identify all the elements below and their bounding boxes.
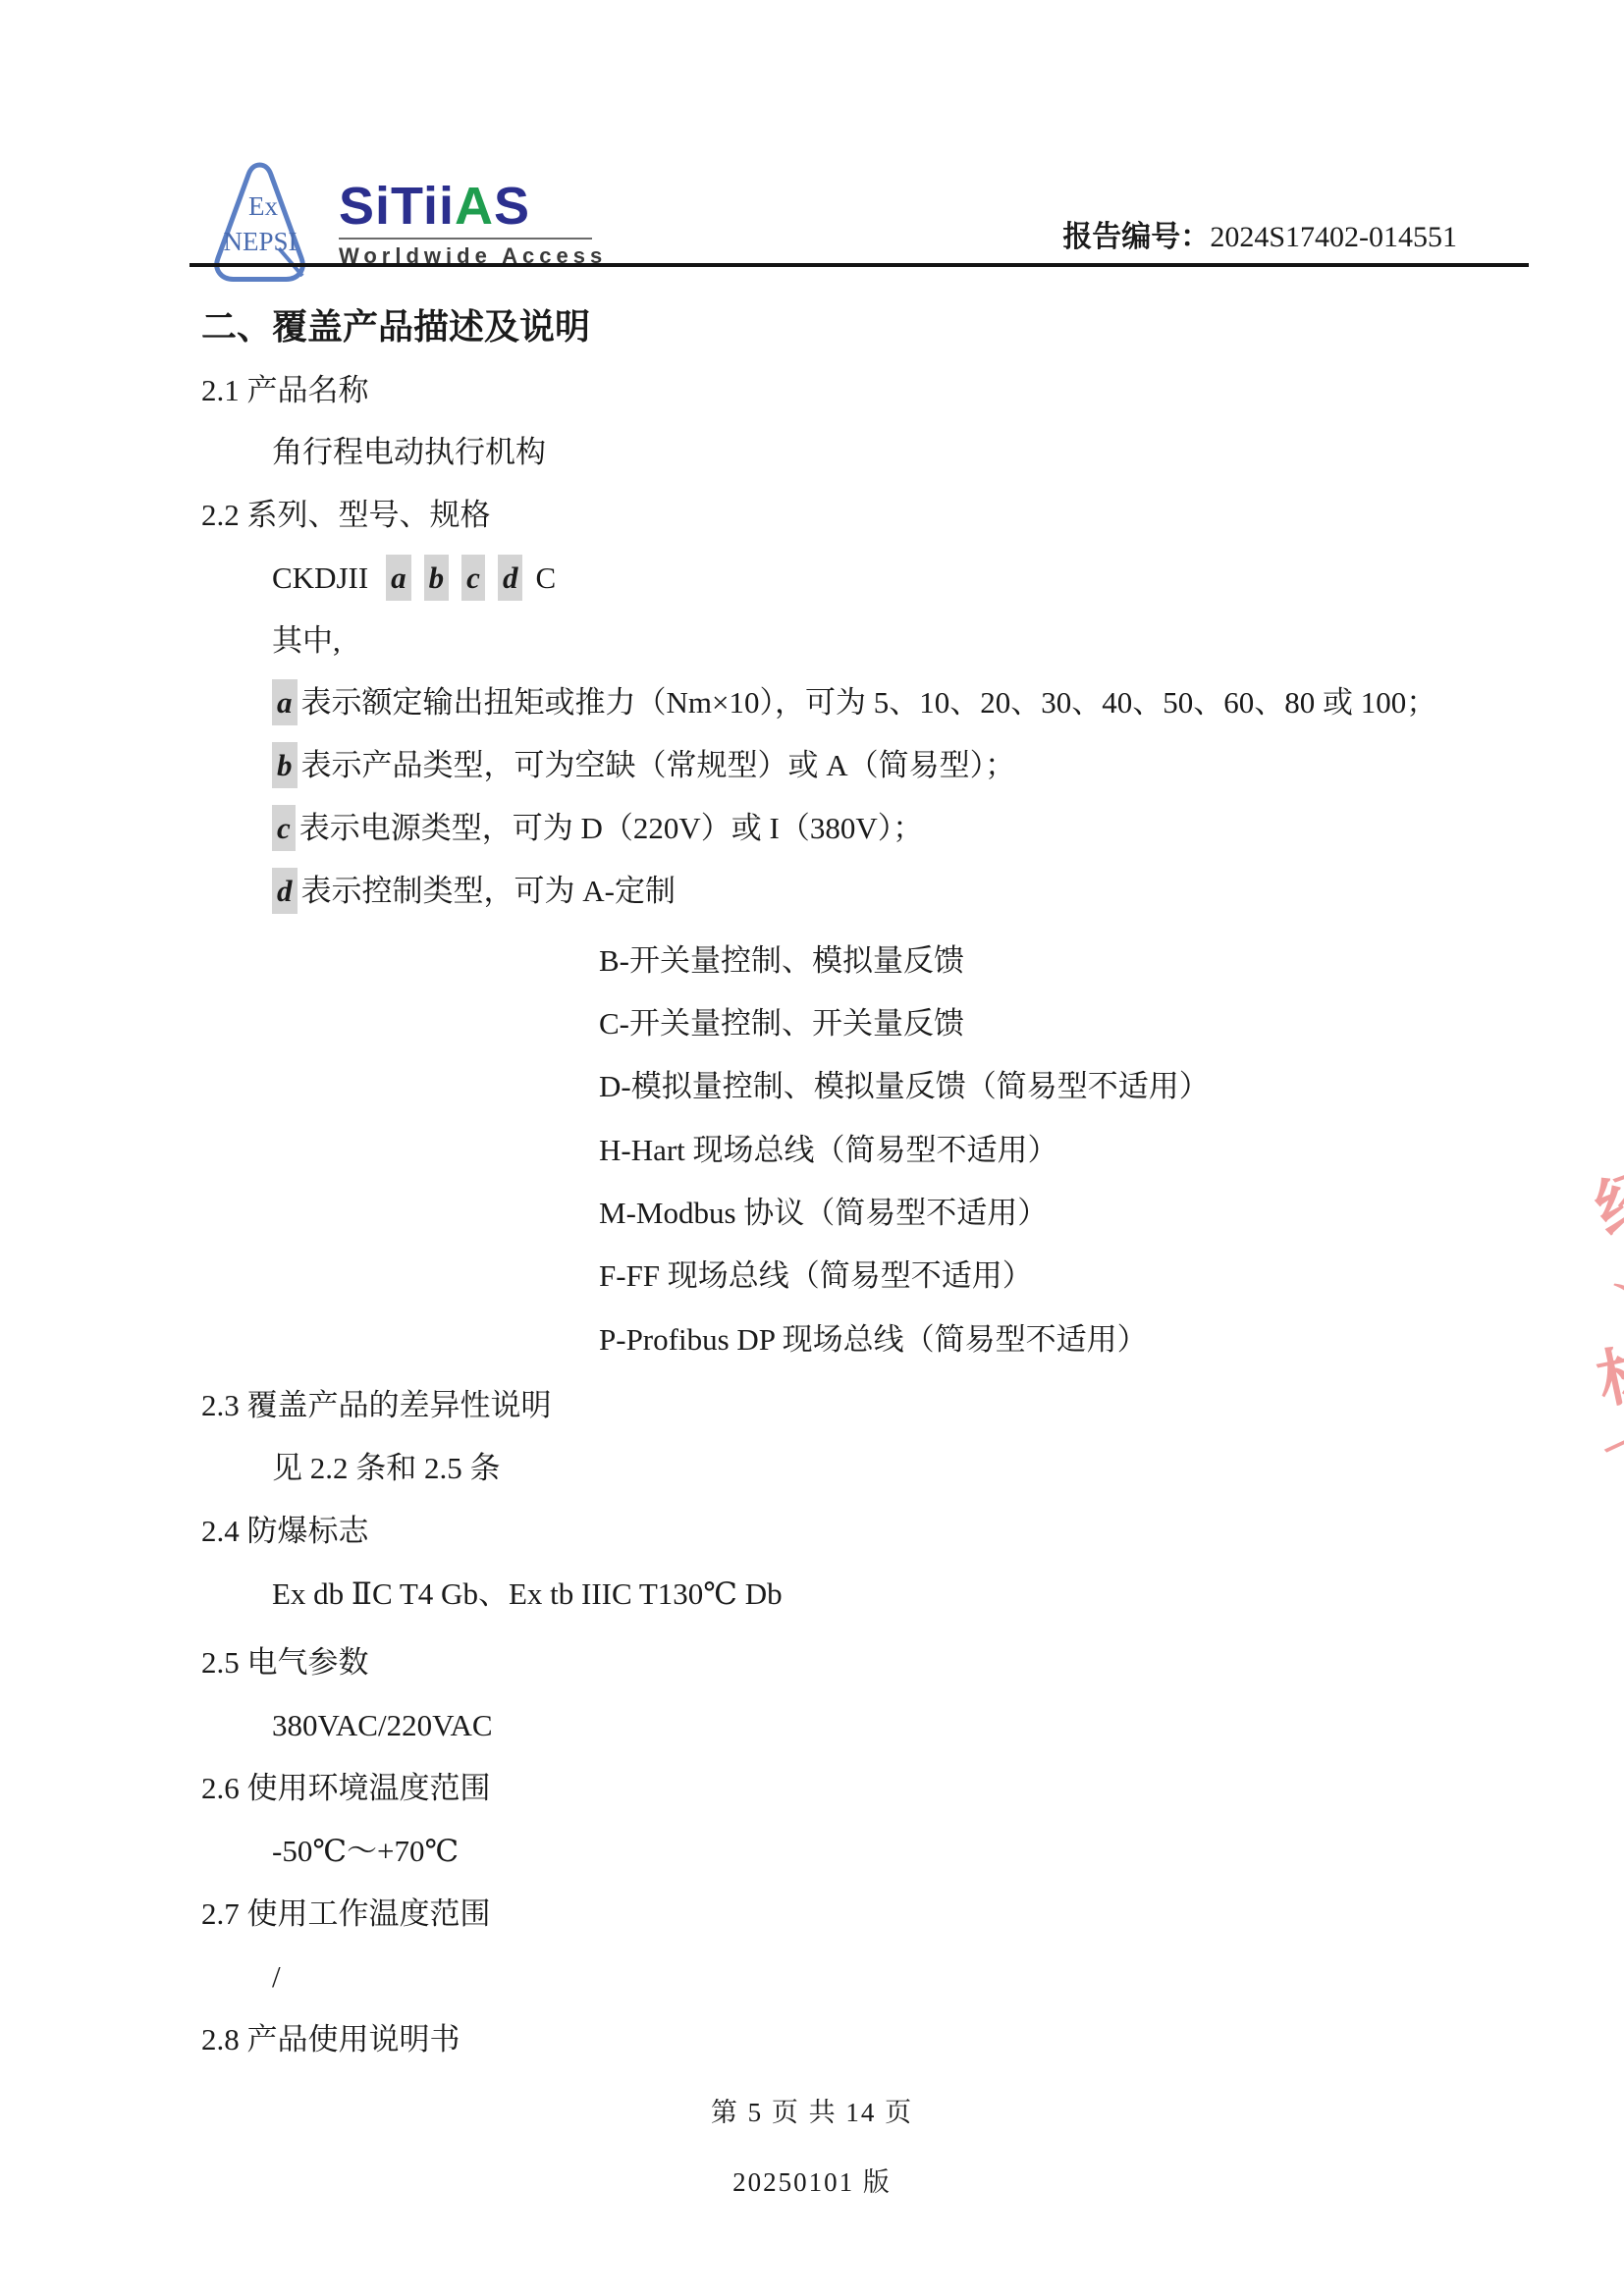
wordmark-underline [339, 238, 592, 240]
param-d-text: 表示控制类型，可为 A-定制 [301, 874, 676, 908]
param-a-line: a表示额定输出扭矩或推力（Nm×10），可为 5、10、20、30、40、50、… [272, 683, 1436, 722]
param-a-key: a [272, 679, 298, 725]
param-c-line: c表示电源类型，可为 D（220V）或 I（380V）； [272, 809, 923, 848]
page-number: 第 5 页 共 14 页 [0, 2091, 1624, 2129]
param-b-key: b [272, 742, 298, 788]
item-2-1-value: 角行程电动执行机构 [272, 433, 546, 472]
model-suffix: C [535, 561, 556, 595]
param-b-line: b表示产品类型，可为空缺（常规型）或 A（简易型）； [272, 746, 1015, 785]
param-d-line: d表示控制类型，可为 A-定制 [272, 872, 676, 911]
stamp-fragment: 一 [1586, 1390, 1624, 1489]
control-option: P-Profibus DP 现场总线（简易型不适用） [599, 1320, 1148, 1360]
report-number-label: 报告编号： [1062, 221, 1210, 253]
item-2-7-value: / [272, 1957, 281, 1997]
param-d-key: d [272, 868, 298, 914]
item-2-4-label: 2.4 防爆标志 [201, 1512, 369, 1551]
item-2-6-value: -50℃～+70℃ [272, 1832, 459, 1871]
item-2-3-value: 见 2.2 条和 2.5 条 [272, 1449, 501, 1488]
model-letter-b: b [424, 555, 450, 601]
model-letter-c: c [461, 555, 485, 601]
param-c-key: c [272, 805, 296, 851]
item-2-5-label: 2.5 电气参数 [201, 1643, 369, 1682]
control-option: H-Hart 现场总线（简易型不适用） [599, 1131, 1058, 1170]
item-2-6-label: 2.6 使用环境温度范围 [201, 1769, 491, 1808]
item-2-7-label: 2.7 使用工作温度范围 [201, 1895, 491, 1934]
control-option: F-FF 现场总线（简易型不适用） [599, 1256, 1033, 1296]
among-text: 其中, [272, 621, 341, 661]
report-number-value: 2024S17402-014551 [1210, 221, 1457, 253]
model-letter-a: a [386, 555, 411, 601]
section-title: 二、覆盖产品描述及说明 [201, 304, 590, 350]
model-prefix: CKDJII [272, 561, 368, 595]
model-designation: CKDJIIabcdC [272, 559, 556, 598]
badge-nepsi-text: NEPSI [223, 227, 297, 256]
item-2-2-label: 2.2 系列、型号、规格 [201, 496, 491, 535]
wordmark-right: S [494, 177, 530, 236]
brand-logo: SiTiiAS Worldwide Access [339, 177, 596, 269]
param-b-text: 表示产品类型，可为空缺（常规型）或 A（简易型）； [301, 748, 1016, 782]
param-a-text: 表示额定输出扭矩或推力（Nm×10），可为 5、10、20、30、40、50、6… [301, 685, 1437, 720]
badge-ex-text: Ex [248, 191, 278, 221]
item-2-1-label: 2.1 产品名称 [201, 371, 369, 410]
item-2-5-value: 380VAC/220VAC [272, 1706, 493, 1745]
nepsi-badge-icon: Ex NEPSI [214, 160, 305, 287]
report-number: 报告编号：2024S17402-014551 [1062, 212, 1457, 255]
wordmark-left: SiTii [339, 177, 455, 236]
wordmark-accent: A [455, 177, 494, 236]
brand-wordmark: SiTiiAS [339, 177, 596, 236]
version-text: 20250101 版 [0, 2161, 1624, 2199]
stamp-fragment: 丶 [1595, 1254, 1624, 1325]
model-letter-d: d [498, 555, 523, 601]
stamp-fragment: 经 [1581, 1143, 1624, 1253]
page: Ex NEPSI SiTiiAS Worldwide Access 报告编号：2… [0, 0, 1624, 2296]
param-c-text: 表示电源类型，可为 D（220V）或 I（380V）； [299, 811, 923, 845]
item-2-4-value: Ex db ⅡC T4 Gb、Ex tb IIIC T130℃ Db [272, 1575, 783, 1614]
item-2-3-label: 2.3 覆盖产品的差异性说明 [201, 1386, 552, 1425]
control-option: M-Modbus 协议（简易型不适用） [599, 1194, 1048, 1233]
control-option: B-开关量控制、模拟量反馈 [599, 941, 964, 981]
header-divider [189, 263, 1529, 267]
control-option: C-开关量控制、开关量反馈 [599, 1004, 964, 1043]
item-2-8-label: 2.8 产品使用说明书 [201, 2020, 460, 2059]
control-option: D-模拟量控制、模拟量反馈（简易型不适用） [599, 1067, 1210, 1106]
